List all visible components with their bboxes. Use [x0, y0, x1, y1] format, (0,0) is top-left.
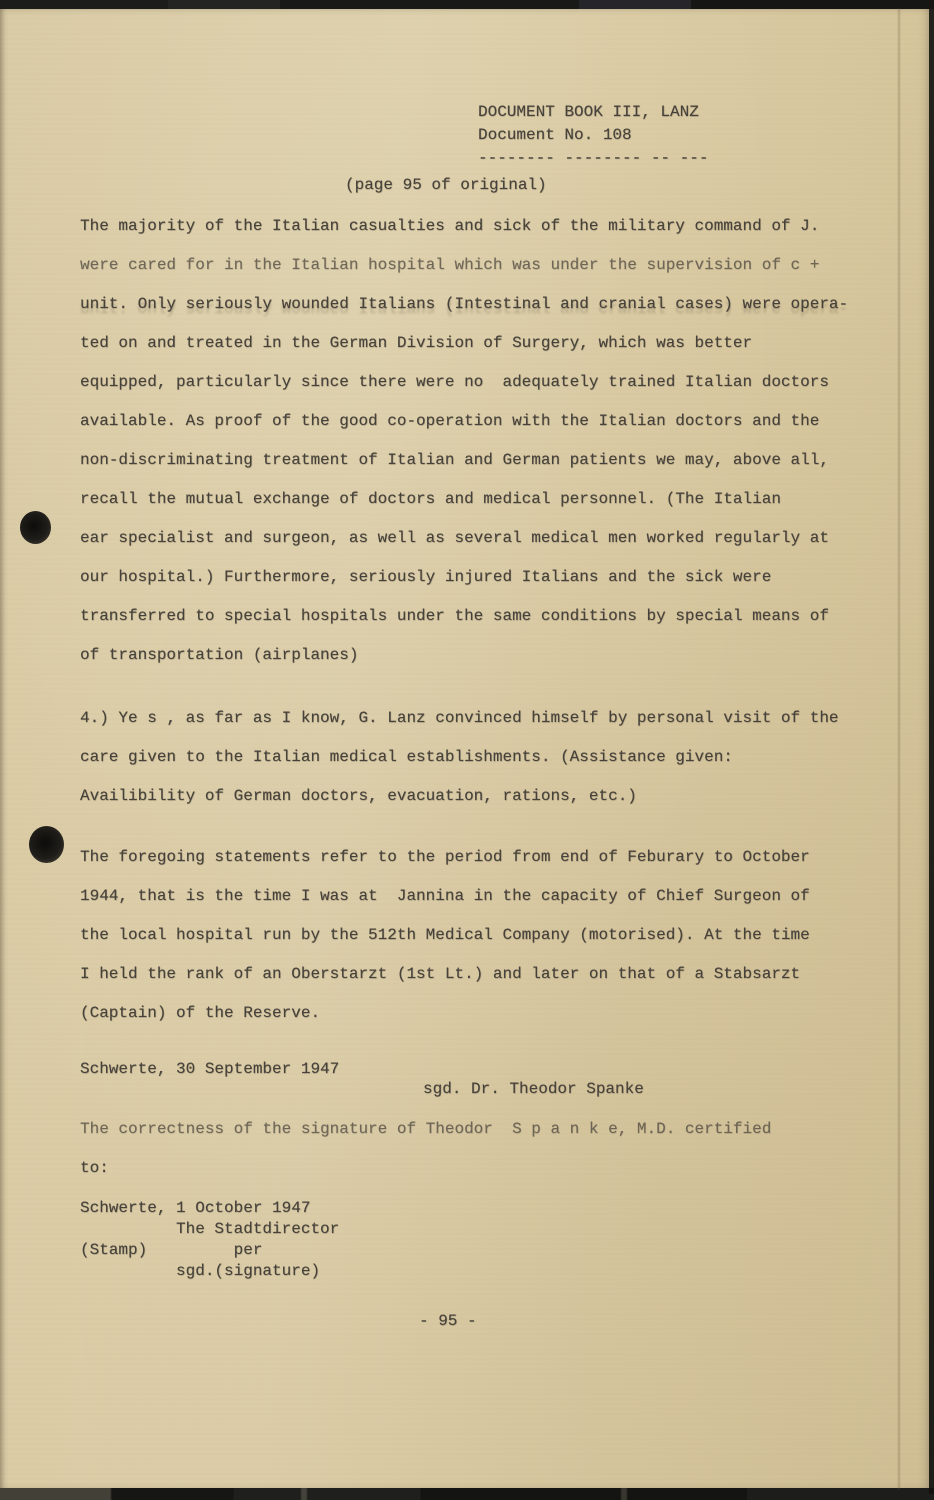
body-line: the local hospital run by the 512th Medi…	[80, 916, 810, 955]
closing-paragraph: The foregoing statements refer to the pe…	[80, 838, 810, 1033]
body-line: available. As proof of the good co-opera…	[80, 402, 848, 441]
body-line: I held the rank of an Oberstarzt (1st Lt…	[80, 955, 810, 994]
body-line: recall the mutual exchange of doctors an…	[80, 480, 848, 519]
scanner-right-edge	[929, 6, 934, 1494]
stamp-line: The Stadtdirector	[80, 1219, 339, 1240]
body-line: of transportation (airplanes)	[80, 636, 848, 675]
body-line: 4.) Ye s , as far as I know, G. Lanz con…	[80, 699, 839, 738]
header-book-title: DOCUMENT BOOK III, LANZ	[478, 101, 708, 124]
body-line: Availibility of German doctors, evacuati…	[80, 777, 839, 816]
body-line: ear specialist and surgeon, as well as s…	[80, 519, 848, 558]
page-reference: (page 95 of original)	[345, 174, 547, 197]
body-line: transferred to special hospitals under t…	[80, 597, 848, 636]
signature-block: sgd. Dr. Theodor Spanke	[423, 1070, 644, 1109]
certification-line: The correctness of the signature of Theo…	[80, 1110, 771, 1149]
body-line: (Captain) of the Reserve.	[80, 994, 810, 1033]
header-divider: -------- -------- -- ---	[478, 147, 708, 170]
body-line: non-discriminating treatment of Italian …	[80, 441, 848, 480]
stamp-line: sgd.(signature)	[80, 1261, 339, 1282]
body-line: equipped, particularly since there were …	[80, 363, 848, 402]
item-4-paragraph: 4.) Ye s , as far as I know, G. Lanz con…	[80, 699, 839, 816]
body-line: 1944, that is the time I was at Jannina …	[80, 877, 810, 916]
page-number-text: - 95 -	[419, 1310, 477, 1333]
header-document-number: Document No. 108	[478, 124, 708, 147]
certification-block: The correctness of the signature of Theo…	[80, 1110, 771, 1188]
body-line: The majority of the Italian casualties a…	[80, 207, 848, 246]
stamp-line: (Stamp) per	[80, 1240, 339, 1261]
dateline-text: Schwerte, 30 September 1947	[80, 1050, 339, 1089]
document-header: DOCUMENT BOOK III, LANZ Document No. 108…	[478, 101, 708, 170]
body-line: our hospital.) Furthermore, seriously in…	[80, 558, 848, 597]
scanned-document: DOCUMENT BOOK III, LANZ Document No. 108…	[0, 0, 934, 1500]
scanner-top-edge	[0, 0, 934, 9]
stamp-block: Schwerte, 1 October 1947 The Stadtdirect…	[80, 1198, 339, 1282]
body-line: unit. Only seriously wounded Italians (I…	[80, 285, 848, 324]
hole-punch-top	[20, 511, 51, 544]
paper-crease	[897, 8, 901, 1490]
page-number: - 95 -	[419, 1310, 477, 1333]
hole-punch-bottom	[29, 826, 64, 863]
certification-line: to:	[80, 1149, 771, 1188]
scanner-bottom-edge	[0, 1488, 934, 1500]
page-reference-text: (page 95 of original)	[345, 174, 547, 197]
signature-text: sgd. Dr. Theodor Spanke	[423, 1070, 644, 1109]
stamp-line: Schwerte, 1 October 1947	[80, 1198, 339, 1219]
main-paragraph: The majority of the Italian casualties a…	[80, 207, 848, 675]
body-line: care given to the Italian medical establ…	[80, 738, 839, 777]
dateline: Schwerte, 30 September 1947	[80, 1050, 339, 1089]
body-line: were cared for in the Italian hospital w…	[80, 246, 848, 285]
body-line: The foregoing statements refer to the pe…	[80, 838, 810, 877]
body-line: ted on and treated in the German Divisio…	[80, 324, 848, 363]
